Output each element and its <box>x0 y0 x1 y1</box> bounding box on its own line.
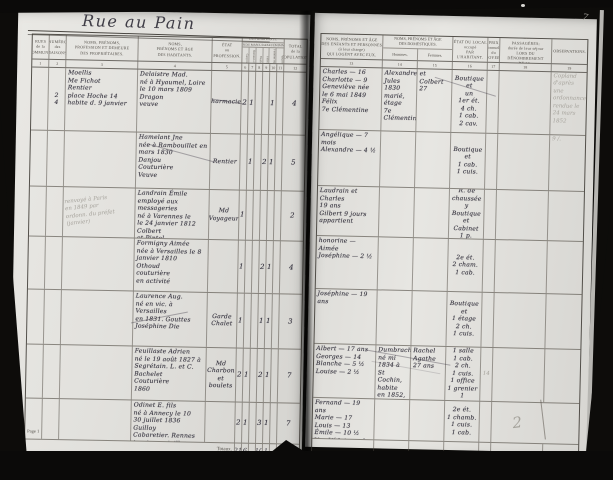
cell-enfants: Joséphine — 19 ans <box>314 289 377 344</box>
cell-local: 2e ét. 1 chamb. 1 cuis. 1 cab. <box>444 401 480 442</box>
col-number: 14 <box>383 60 418 68</box>
cell-loyer <box>484 190 497 239</box>
left-page: Rue au Pain RUES de la COMMUNE. NUMÉRO d… <box>10 9 311 461</box>
domestiques-hommes-label: Hommes. <box>383 47 418 60</box>
binding-gutter-shadow <box>299 8 313 456</box>
cell-numero <box>44 290 62 344</box>
col-number: 15 <box>418 61 453 69</box>
cell-proprietaire <box>60 345 133 399</box>
cell-enfants: honorine — Aimée Joséphine — 2 ½ <box>316 236 379 289</box>
scan-speck <box>521 4 525 7</box>
cell-observations <box>548 191 584 241</box>
cell-observations <box>547 241 583 294</box>
cell-demeures <box>498 71 551 134</box>
col-number: 4 <box>138 62 212 70</box>
cell-observations <box>545 294 581 349</box>
col-header-local: ÉTAT DU LOCAL occupé PAR L'HABITANT. <box>453 37 489 62</box>
col-header-demeures: DEMEURES PASSAGÈRES; durée de leur séjou… <box>500 38 553 63</box>
cell-domestiques-hommes: Alexandre Jules 1830 marié, étage 7e Clé… <box>381 68 417 131</box>
cell-observations <box>544 349 580 403</box>
scanned-census-register: Rue au Pain RUES de la COMMUNE. NUMÉRO d… <box>0 0 613 480</box>
right-register-table: NOMS, PRÉNOMS ET ÂGE DES ENFANTS ET PERS… <box>311 33 589 462</box>
cell-profession <box>208 240 239 293</box>
cell-domestiques-hommes <box>374 399 410 440</box>
domestiques-femmes-label: Femmes. <box>418 48 452 61</box>
cell-local: 2e ét. 2 cham. 1 cab. <box>448 239 484 292</box>
cell-rue <box>31 68 49 130</box>
col-number: 3 <box>66 60 138 68</box>
cell-enfants: Albert — 17 ans Georges — 14 Blanche — 5… <box>313 344 376 398</box>
right-page: NOMS, PRÉNOMS ET ÂGE DES ENFANTS ET PERS… <box>305 13 597 453</box>
cell-proprietaire <box>62 237 135 290</box>
register-row: Joséphine — 19 ans Boutique et 1 étage 2… <box>314 289 581 350</box>
scan-black-bar-bottom <box>0 451 613 480</box>
domestiques-group-label: NOMS, PRÉNOMS ET ÂGE DES DOMESTIQUES. <box>394 36 442 48</box>
cell-habitants: Odinet E. fils né à Annecy le 10 30 juil… <box>131 400 206 441</box>
cell-habitants: Delaistre Mad. né à Hyaumel, Loire le 10… <box>137 70 212 133</box>
col-header-loyer: PRIX annuel du LOYER. <box>488 38 501 62</box>
cell-domestiques-femmes <box>411 291 447 346</box>
register-row: honorine — Aimée Joséphine — 2 ½ 2e ét. … <box>316 236 583 295</box>
cell-observations: 9 /. <box>549 135 585 191</box>
col-number: 17 <box>488 63 500 70</box>
cell-domestiques-femmes: Rachel Agathe 27 ans <box>410 346 446 400</box>
col-number: 16 <box>453 62 488 70</box>
cell-domestiques-femmes: et Colbert 27 <box>416 69 452 132</box>
cell-local: Boutique et 1 étage 2 ch. 1 cuis. <box>446 292 482 347</box>
cell-domestiques-hommes <box>378 237 414 290</box>
cell-rue <box>29 186 47 235</box>
cell-numero <box>42 399 60 439</box>
col-header-rues: RUES de la COMMUNE. <box>32 35 49 59</box>
cell-demeures <box>497 134 550 190</box>
register-row: Angélique — 7 mois Alexandre — 4 ½ Bouti… <box>318 130 585 192</box>
cell-habitants: Landrain Émile employé aux messageries n… <box>135 189 210 239</box>
cell-habitants: Hamelant Jne née à Rambouillet en mars 1… <box>136 133 211 189</box>
col-header-enfants: NOMS, PRÉNOMS ET ÂGE DES ENFANTS ET PERS… <box>321 34 384 59</box>
cell-rue <box>26 344 44 397</box>
cell-profession <box>205 402 236 443</box>
cell-domestiques-hommes <box>380 131 416 187</box>
register-row: Charles — 16 Charlotte — 9 Geneviève née… <box>319 67 586 136</box>
cell-observations <box>543 403 579 444</box>
cell-proprietaire <box>61 290 134 345</box>
cell-local: Boutique et 1 cab. 1 cuis. <box>450 133 486 189</box>
col-header-proprietaires: NOMS, PRÉNOMS, PROFESSION ET DEMEURE DES… <box>66 35 138 60</box>
cell-profession: Md Charbon et boulets <box>206 348 237 402</box>
col-number: 19 <box>552 64 587 72</box>
street-title: Rue au Pain <box>82 11 196 33</box>
cell-numero <box>43 345 61 398</box>
cell-domestiques-hommes <box>376 290 412 345</box>
cell-demeures <box>495 240 548 293</box>
col-number: 2 <box>49 60 66 67</box>
cell-habitants: Feuillaste Adrien né le 19 août 1827 à S… <box>132 346 207 400</box>
register-row: 2 4 Moellis Me Fichot Rentier place Hoch… <box>31 68 306 136</box>
cell-domestiques-femmes <box>415 132 451 188</box>
cell-rue <box>27 289 45 343</box>
cell-proprietaire <box>64 131 137 187</box>
cell-profession: Md Voyageur <box>209 190 240 240</box>
cell-domestiques-hommes <box>379 187 415 237</box>
cell-habitants: Formigny Aimée née à Versailles le 8 jan… <box>134 239 209 292</box>
cell-domestiques-femmes <box>413 238 449 291</box>
cell-numero <box>46 187 64 236</box>
col-header-etat-civil: ÉTAT CIVIL DES HABITANTS. SEXE MASCULIN.… <box>242 39 284 64</box>
cell-enfants: Angélique — 7 mois Alexandre — 4 ½ <box>318 130 381 186</box>
col-header-etat-profession: ÉTAT ou PROFESSION. <box>212 38 242 63</box>
col-number: 18 <box>500 63 552 71</box>
cell-proprietaire: renvoyé à Paris en 1849 par ordonn. du p… <box>63 187 136 237</box>
col-number: 1 <box>32 60 49 67</box>
cell-domestiques-femmes <box>414 188 450 238</box>
cell-demeures <box>496 190 549 240</box>
col-header-domestiques: NOMS, PRÉNOMS ET ÂGE DES DOMESTIQUES. Ho… <box>383 35 454 61</box>
register-row: Laudrain et Charles 19 ans Gilbert 9 jou… <box>317 186 584 242</box>
col-header-maisons: NUMÉRO des MAISONS. <box>49 35 66 59</box>
page-number: Page 1 <box>27 428 39 433</box>
civil-sub-veuves: Veuves. <box>276 48 283 63</box>
col-number: 5 <box>212 63 242 71</box>
cell-profession: Garde Chalet <box>207 293 238 348</box>
cell-domestiques-femmes <box>409 400 445 441</box>
cell-observations: Copland d'après une ordonnance rendue le… <box>550 72 586 135</box>
cell-demeures: 2 <box>490 400 546 446</box>
cell-demeures <box>492 348 545 402</box>
cell-numero <box>45 237 63 289</box>
cell-local: R. de chaussée y Boutique et Cabinet 1 p… <box>449 189 485 239</box>
cell-local: Boutique et un 1er ét. 4 ch. 1 cab. 2 ca… <box>451 70 487 133</box>
left-register-table: RUES de la COMMUNE. NUMÉRO des MAISONS. … <box>24 34 308 459</box>
cell-local: 1er ét. 1 salle 1 cab. 2 ch. 1 cuis. 1 o… <box>445 347 481 401</box>
register-row: Feuillaste Adrien né le 19 août 1827 à S… <box>26 344 301 403</box>
cell-enfants: Laudrain et Charles 19 ans Gilbert 9 jou… <box>317 186 380 236</box>
col-header-habitants: NOMS, PRÉNOMS ET ÂGE DES HABITANTS. <box>138 37 212 62</box>
cell-proprietaire: Moellis Me Fichot Rentier place Hoche 14… <box>65 68 138 131</box>
cell-total: 7 <box>278 349 301 402</box>
cell-profession: Rentier <box>210 134 241 190</box>
cell-rue <box>30 131 48 186</box>
register-row: Odinet E. fils né à Annecy le 10 30 juil… <box>25 398 300 444</box>
cell-enfants: Fernand — 19 ans Marie — 17 Louis — 13 É… <box>312 398 375 439</box>
register-row: Albert — 17 ans Georges — 14 Blanche — 5… <box>313 344 580 404</box>
cell-numero <box>47 131 65 186</box>
col-number: 13 <box>321 59 383 67</box>
cell-numero: 2 4 <box>48 68 66 130</box>
register-row: Formigny Aimée née à Versailles le 8 jan… <box>28 236 303 294</box>
cell-demeures <box>493 293 546 348</box>
cell-enfants: Charles — 16 Charlotte — 9 Geneviève née… <box>319 67 382 130</box>
cell-rue <box>28 236 46 288</box>
pencil-annotation: renvoyé à Paris en 1849 par ordonn. du p… <box>64 193 133 229</box>
register-row: Fernand — 19 ans Marie — 17 Louis — 13 É… <box>312 398 579 445</box>
cell-proprietaire <box>59 399 132 440</box>
col-header-observations: OBSERVATIONS. <box>552 39 588 64</box>
register-row: Hamelant Jne née à Rambouillet en mars 1… <box>30 131 305 192</box>
register-row: renvoyé à Paris en 1849 par ordonn. du p… <box>29 186 304 241</box>
register-row: Laurence Aug. né en vic. à Versailles en… <box>27 289 302 349</box>
cell-total: 7 <box>277 403 300 443</box>
